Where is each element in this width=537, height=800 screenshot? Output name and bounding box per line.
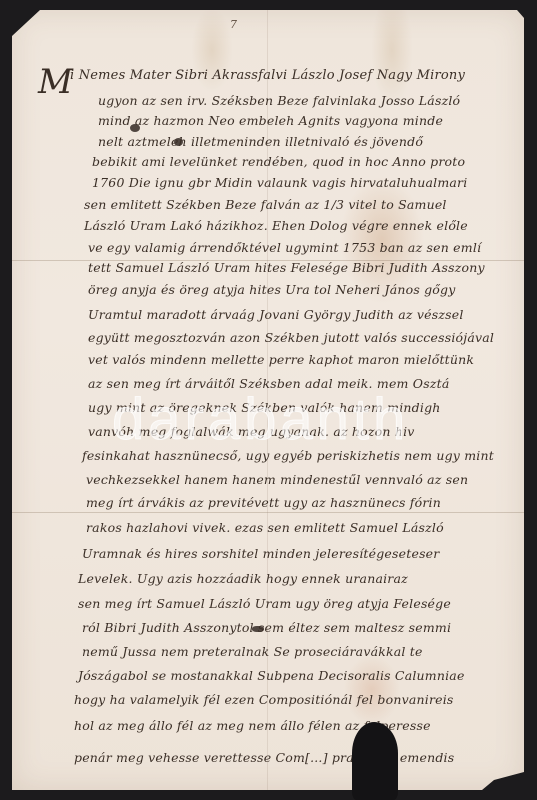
manuscript-page: 7 M i Nemes Mater Sibri Akrassfalvi Lász… bbox=[12, 10, 524, 790]
text-line: vechkezsekkel hanem hanem mindenestűl ve… bbox=[86, 472, 468, 487]
text-line: hogy ha valamelyik fél ezen Compositióná… bbox=[74, 692, 454, 707]
text-line: nemű Jussa nem preteralnak Se proseciára… bbox=[82, 644, 423, 659]
text-line: 1760 Die ignu gbr Midin valaunk vagis hi… bbox=[92, 175, 467, 190]
text-line: sen emlitett Székben Beze falván az 1/3 … bbox=[84, 197, 447, 212]
text-line: Jószágabol se mostanakkal Subpena Deciso… bbox=[78, 668, 465, 683]
text-line: tett Samuel László Uram hites Felesége B… bbox=[88, 260, 485, 275]
decorative-initial: M bbox=[38, 62, 73, 102]
watermark: darabanth bbox=[112, 386, 409, 453]
text-line: mind az hazmon Neo embeleh Agnits vagyon… bbox=[98, 113, 443, 128]
text-line: öreg anyja és öreg atyja hites Ura tol N… bbox=[88, 282, 456, 297]
paper-damage-hole bbox=[352, 722, 398, 800]
text-line: Levelek. Ugy azis hozzáadik hogy ennek u… bbox=[78, 571, 408, 586]
text-line: együtt megosztozván azon Székben jutott … bbox=[88, 330, 494, 345]
text-line: sen meg írt Samuel László Uram ugy öreg … bbox=[78, 596, 451, 611]
text-line: ugyon az sen irv. Széksben Beze falvinla… bbox=[98, 93, 460, 108]
text-line: ve egy valamig árrendőktével ugymint 175… bbox=[88, 240, 481, 255]
text-line: nelt aztmeleh illetmeninden illetnivaló … bbox=[98, 134, 423, 149]
text-line: vet valós mindenn mellette perre kaphot … bbox=[88, 352, 474, 367]
text-line: Uramtul maradott árvaág Jovani György Ju… bbox=[88, 307, 464, 322]
text-line: Uramnak és hires sorshitel minden jelere… bbox=[82, 546, 439, 561]
text-line: László Uram Lakó házikhoz. Ehen Dolog vé… bbox=[84, 218, 468, 233]
text-line: ról Bibri Judith Asszonytol sem éltez se… bbox=[82, 620, 451, 635]
text-line: i Nemes Mater Sibri Akrassfalvi Lászlo J… bbox=[70, 68, 465, 83]
page-mark: 7 bbox=[230, 18, 237, 31]
text-line: rakos hazlahovi vivek. ezas sen emlitett… bbox=[86, 520, 444, 535]
text-line: meg írt árvákis az previtévett ugy az ha… bbox=[86, 495, 441, 510]
fold-crease bbox=[12, 512, 524, 513]
text-line: bebikit ami levelünket rendében, quod in… bbox=[92, 154, 465, 169]
